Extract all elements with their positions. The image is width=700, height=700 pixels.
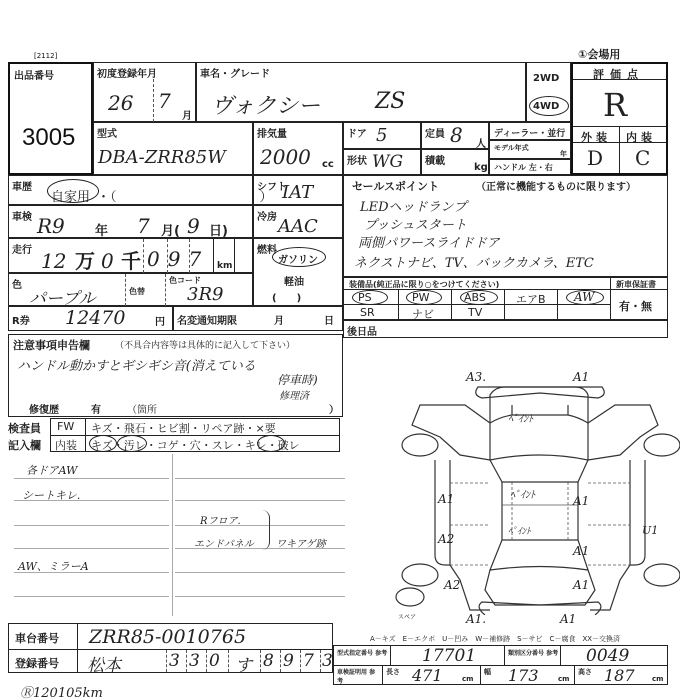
notes-text-2: 停車時) <box>277 371 318 388</box>
recycle-value: 12470 <box>65 307 125 329</box>
remark-right-note: ワキアゲ跡 <box>276 535 326 550</box>
tear-circle <box>257 435 285 452</box>
load-label: 積載 <box>425 152 445 167</box>
mark-right-rear-fender: A1 <box>573 578 589 592</box>
model-value: DBA-ZRR85W <box>98 147 226 168</box>
damage-legend: A－キズ E－エクボ U－凹み W－補修跡 S－サビ C－腐食 XX－交換済 <box>370 634 620 644</box>
notes-text-3: 修理済 <box>279 387 309 402</box>
repair-history-value: 有 <box>91 401 101 416</box>
plate-char-7: 7 <box>303 651 314 671</box>
plate-char-1: 3 <box>169 651 180 671</box>
doors-label: ドア <box>347 125 367 140</box>
category-label: 類別区分番号 参考 <box>508 648 560 657</box>
inspection-day-unit: 日) <box>209 220 228 239</box>
mileage-note: Ⓡ120105km <box>20 682 103 700</box>
first-registration-label: 初度登録年月 <box>97 65 157 80</box>
mileage-cell: 走行 12 万 0 千 097 km <box>8 238 253 273</box>
mileage-sen: 0 <box>101 249 114 273</box>
inspection-month-unit: 月( <box>161 220 180 239</box>
plate-char-4: す <box>235 651 252 676</box>
drive-selected-circle <box>529 96 569 116</box>
name-change-label: 名変通知期限 <box>177 312 237 327</box>
fuel-selected-circle <box>272 247 326 267</box>
color-change-label: 色替 <box>129 286 145 297</box>
equip-abs-circle <box>460 290 498 305</box>
mark-left-front-door: A1 <box>438 492 454 506</box>
mark-left-rear-fender: A2 <box>444 578 460 592</box>
later-items-cell: 後日品 <box>343 320 668 338</box>
color-cell: 色 パープル 色替 色コード 3R9 <box>8 273 253 306</box>
fuel-cell: 燃料 ガソリン 軽油 ( ) <box>253 238 343 306</box>
mark-right-side: U1 <box>642 524 658 537</box>
stain-circle <box>117 435 147 452</box>
sales-points-label: セールスポイント <box>352 178 439 194</box>
width-value: 173 <box>508 666 539 685</box>
capacity-unit: 人 <box>476 135 486 150</box>
type-designation-value: 17701 <box>422 646 476 666</box>
sales-points-cell: セールスポイント （正常に機能するものに限ります） LEDヘッドランプ プッシュ… <box>343 175 668 277</box>
venue-use-label: ①会場用 <box>578 46 620 62</box>
scratch-circle <box>89 435 117 452</box>
registration-month: 7 <box>158 89 171 113</box>
lot-number: 3005 <box>22 124 75 152</box>
capacity-label: 定員 <box>425 125 445 140</box>
fuel-other: ( ) <box>272 289 301 304</box>
mileage-label: 走行 <box>12 241 32 256</box>
inspection-year: R9 <box>37 214 65 238</box>
color-code: 3R9 <box>187 284 223 305</box>
remark-right-2: エンドパネル <box>194 535 254 550</box>
recycle-unit: 円 <box>155 313 165 328</box>
car-damage-diagram <box>390 365 680 615</box>
length-value: 471 <box>412 666 443 685</box>
fw-label: FW <box>57 420 74 433</box>
plate-char-6: 9 <box>283 651 294 671</box>
spare-label: スペア <box>398 612 416 621</box>
name-change-day: 日 <box>324 312 334 327</box>
drive-cell: 2WD 4WD <box>526 62 571 122</box>
fuel-diesel: 軽油 <box>284 273 304 288</box>
equip-tv: TV <box>468 306 482 319</box>
mark-roof: ﾍﾟｲﾝﾄ <box>510 486 535 501</box>
doors-value: 5 <box>376 125 387 146</box>
remark-left-1: 各ドアAW <box>26 462 77 478</box>
mileage-sen-unit: 千 <box>121 245 141 274</box>
model-cell: 型式 DBA-ZRR85W <box>93 122 253 175</box>
model-label: 型式 <box>97 125 117 140</box>
notes-text-1: ハンドル動かすとギシギシ音(消えている <box>17 355 256 374</box>
mark-rear-bumper-left: A1. <box>466 612 486 626</box>
mileage-rest: 097 <box>147 247 209 271</box>
aircon-label: 冷房 <box>257 208 277 223</box>
equipment-cell: 装備品(純正品に限り○をつけてください) 新車保証書 PS PW ABS エアB… <box>343 277 668 320</box>
equip-aw-circle <box>566 290 604 305</box>
sales-point-4: ネクストナビ、TV、バックカメラ、ETC <box>354 252 594 271</box>
handle-cell: ハンドル 左・右 <box>489 159 571 175</box>
aircon-value: AAC <box>278 216 318 237</box>
handle-label: ハンドル 左・右 <box>494 162 553 173</box>
width-unit: cm <box>558 675 569 683</box>
displacement-unit: cc <box>322 159 334 170</box>
mark-rear-glass: ﾍﾟｲﾝﾄ <box>508 524 531 537</box>
notes-instruction: （不具合内容等は具体的に記入して下さい） <box>115 338 295 351</box>
inspection-day: 9 <box>187 214 200 238</box>
car-name-cell: 車名・グレード ヴォクシー ZS <box>196 62 526 122</box>
score-value: R <box>603 86 627 124</box>
car-name: ヴォクシー <box>211 89 320 120</box>
dimensions-label: 車検証明用 参考 <box>337 667 381 685</box>
displacement-label: 排気量 <box>257 125 287 140</box>
mileage-man-unit: 万 <box>75 245 95 274</box>
load-unit: kg <box>474 162 488 173</box>
inspection-label: 車検 <box>12 208 32 223</box>
drive-2wd: 2WD <box>533 73 559 84</box>
category-value: 0049 <box>586 646 629 666</box>
history-circle <box>47 179 99 203</box>
notes-label: 注意事項申告欄 <box>13 337 90 353</box>
shift-value: IAT <box>282 182 313 203</box>
inspector-label-2: 記入欄 <box>8 437 41 453</box>
height-value: 187 <box>604 666 635 685</box>
remark-left-2: シートキレ. <box>22 487 80 503</box>
lot-label: 出品番号 <box>14 67 54 82</box>
displacement-cell: 排気量 2000 cc <box>253 122 343 175</box>
width-label: 幅 <box>484 667 491 677</box>
id-table: 車台番号 ZRR85-0010765 登録番号 松本 3 3 0 す 8 9 7… <box>8 623 333 673</box>
mark-hood: ﾍﾟｲﾝﾄ <box>508 410 533 425</box>
mileage-man: 12 <box>41 249 66 273</box>
chassis-value: ZRR85-0010765 <box>89 626 246 648</box>
mark-right-front-door: A1 <box>573 494 589 508</box>
plate-char-3: 0 <box>209 651 220 671</box>
recycle-cell: R券 12470 円 <box>8 306 173 331</box>
inspector-table: FW キズ・飛石・ヒビ割・リペア跡・×要 内装 キズ・汚レ・コゲ・穴・スレ・キレ… <box>50 418 340 452</box>
warranty-value: 有・無 <box>619 298 652 314</box>
aircon-cell: 冷房 AAC <box>253 205 343 238</box>
sales-point-1: LEDヘッドランプ <box>360 196 467 215</box>
equip-ps-circle <box>352 290 388 305</box>
inspection-month: 7 <box>137 214 150 238</box>
chassis-label: 車台番号 <box>15 630 59 646</box>
sheet-code: [2112] <box>34 52 57 60</box>
doors-cell: ドア 5 <box>343 122 421 149</box>
score-box: 評価点 R 外装 内装 D C <box>571 62 668 175</box>
capacity-value: 8 <box>450 123 463 147</box>
inspection-year-unit: 年 <box>95 220 108 239</box>
equip-pw-circle <box>406 290 442 305</box>
sales-point-3: 両側パワースライドドア <box>358 232 500 251</box>
car-name-label: 車名・グレード <box>200 65 270 80</box>
dealer-cell: ディーラー・並行 <box>489 122 571 140</box>
plate-char-5: 8 <box>263 651 274 671</box>
color-label: 色 <box>12 276 22 291</box>
plate-label: 登録番号 <box>15 655 59 671</box>
later-items-label: 後日品 <box>347 323 377 338</box>
mileage-unit: km <box>217 261 232 271</box>
equip-airbag: エアB <box>516 291 546 307</box>
repair-history-label: 修復歴 <box>29 401 59 416</box>
body-shape-cell: 形状 WG <box>343 149 421 175</box>
load-cell: 積載 kg <box>421 149 489 175</box>
shift-cell: シフト IAT <box>253 175 343 205</box>
interior-inspect-label: 内装 <box>55 437 77 453</box>
type-designation-label: 型式指定番号 参考 <box>337 648 389 657</box>
mark-front-bumper-right: A1 <box>573 370 589 384</box>
sales-point-2: プッシュスタート <box>364 214 467 233</box>
history-label: 車歴 <box>12 178 32 193</box>
body-shape-label: 形状 <box>347 152 367 167</box>
length-unit: cm <box>462 675 473 683</box>
length-label: 長さ <box>386 667 400 677</box>
mark-rear-bumper-right: A1 <box>560 612 576 626</box>
month-unit: 月 <box>182 107 192 122</box>
car-grade: ZS <box>375 89 405 114</box>
plate-char-8: 3 <box>322 651 333 671</box>
sales-points-note: （正常に機能するものに限ります） <box>476 178 636 193</box>
recycle-label: R券 <box>12 312 30 327</box>
first-registration-cell: 初度登録年月 26 7 月 <box>93 62 196 122</box>
height-unit: cm <box>652 675 663 683</box>
spec-table: 型式指定番号 参考 17701 類別区分番号 参考 0049 車検証明用 参考 … <box>333 645 668 685</box>
body-shape-value: WG <box>372 152 403 172</box>
fw-items: キズ・飛石・ヒビ割・リペア跡・×要 <box>91 420 276 436</box>
model-year-label: モデル年式 <box>494 143 529 153</box>
exterior-score: D <box>587 146 603 170</box>
plate-area: 松本 <box>87 651 121 676</box>
height-label: 高さ <box>578 667 592 677</box>
remark-right-1: Rフロア. <box>200 512 241 527</box>
notes-cell: 注意事項申告欄 （不具合内容等は具体的に記入して下さい） ハンドル動かすとギシギ… <box>8 334 343 417</box>
interior-score: C <box>635 146 650 170</box>
plate-char-2: 3 <box>189 651 200 671</box>
inspector-label-1: 検査員 <box>8 420 41 436</box>
repair-close: ） <box>329 401 339 416</box>
mark-front-bumper-left: A3. <box>466 370 486 384</box>
name-change-month: 月 <box>274 312 284 327</box>
mark-left-rear-door: A2 <box>438 532 454 546</box>
displacement-value: 2000 <box>260 145 311 169</box>
lot-box: 出品番号 3005 <box>8 62 93 175</box>
remark-left-5: AW、ミラーA <box>18 558 89 574</box>
mark-right-rear-door: A1 <box>573 544 589 558</box>
model-year-unit: 年 <box>560 149 567 159</box>
capacity-cell: 定員 8 人 <box>421 122 489 149</box>
equip-sr: SR <box>360 306 375 319</box>
history-cell: 車歴 自家用 ・（ ） <box>8 175 253 205</box>
inspection-cell: 車検 R9 年 7 月( 9 日) <box>8 205 253 238</box>
repair-location: （箇所 <box>127 401 157 416</box>
name-change-cell: 名変通知期限 月 日 <box>173 306 343 331</box>
registration-year: 26 <box>108 91 133 115</box>
model-year-cell: モデル年式 年 <box>489 140 571 159</box>
dealer-label: ディーラー・並行 <box>494 126 565 139</box>
history-suffix: ・（ ） <box>97 186 273 205</box>
